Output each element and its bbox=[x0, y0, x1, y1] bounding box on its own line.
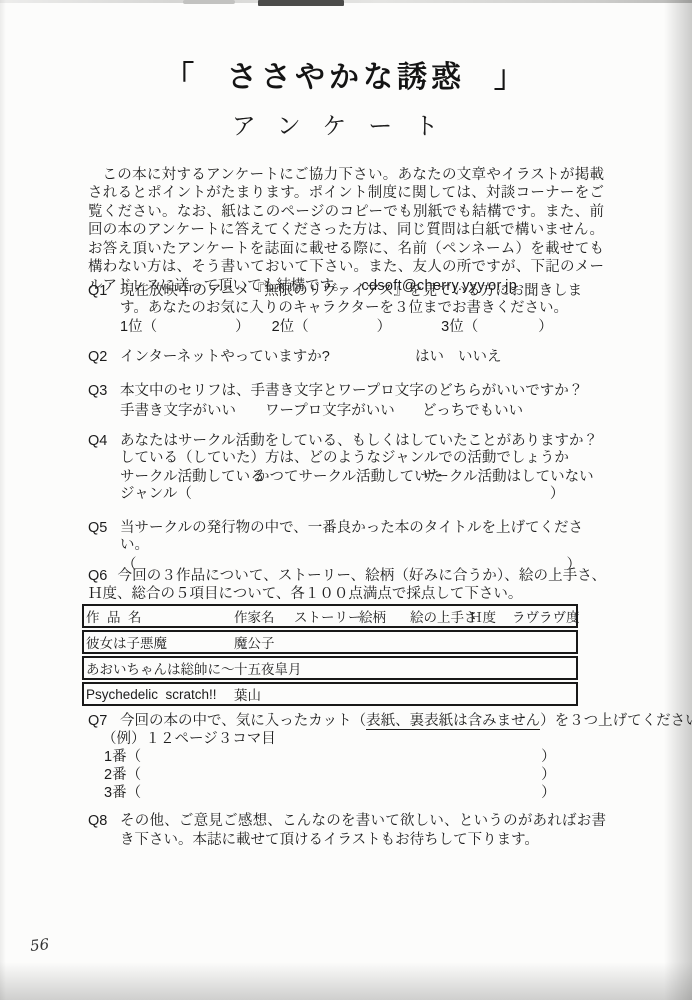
q7-slot3-close: ） bbox=[541, 785, 556, 801]
question-q3: Q3 本文中のセリフは、手書き文字とワープロ文字のどちらがいいですか？ 手書き文… bbox=[88, 383, 606, 420]
q4-option-active: サークル活動している bbox=[120, 469, 255, 486]
q4-genre-close: ） bbox=[550, 486, 565, 502]
col-header-skill: 絵の上手さ bbox=[410, 606, 469, 626]
table-row: Psychedelic scratch!! 葉山 bbox=[82, 682, 578, 706]
scan-black-bar bbox=[258, 0, 344, 6]
scan-smudge bbox=[183, 0, 235, 4]
q2-text: インターネットやっていますか? bbox=[120, 349, 330, 365]
col-header-artstyle: 絵柄 bbox=[359, 606, 410, 626]
q7-slot1-line: 1番（） bbox=[104, 748, 692, 766]
work-title: あおいちゃんは総帥に～ bbox=[84, 658, 234, 678]
q4-genre-open: ジャンル（ bbox=[120, 486, 192, 502]
q6-text: 今回の３作品について、ストーリー、絵柄（好みに合うか）、絵の上手さ、Ｈ度、総合の… bbox=[88, 568, 606, 602]
table-header-row: 作 品 名 作家名 ストーリー 絵柄 絵の上手さ Ｈ度 ラヴラヴ度 bbox=[82, 604, 578, 628]
q1-label: Q1 bbox=[88, 283, 120, 336]
work-title: Psychedelic scratch!! bbox=[84, 687, 234, 702]
q1-rank2-close: ） bbox=[377, 319, 392, 335]
doc-subtitle: アンケート bbox=[0, 106, 692, 141]
q5-label: Q5 bbox=[88, 520, 120, 574]
scanned-questionnaire-page: 「 ささやかな誘惑 」 アンケート この本に対するアンケートにご協力下さい。あな… bbox=[0, 0, 692, 1000]
q3-option-handwritten: 手書き文字がいい bbox=[120, 403, 265, 420]
q7-text-post: ）を３つ上げてください。 bbox=[540, 713, 692, 729]
q3-options-line: 手書き文字がいいワープロ文字がいいどっちでもいい bbox=[120, 403, 606, 420]
intro-text: この本に対するアンケートにご協力下さい。あなたの文章やイラストが掲載されるとポイ… bbox=[88, 167, 604, 295]
work-author: 葉山 bbox=[234, 684, 576, 704]
q3-option-either: どっちでもいい bbox=[422, 403, 523, 419]
q7-slot2-close: ） bbox=[541, 767, 556, 783]
q1-rank3-open: 3位（ bbox=[441, 319, 478, 335]
q7-text-line: 今回の本の中で、気に入ったカット（表紙、裏表紙は含みません）を３つ上げてください… bbox=[120, 712, 692, 730]
q7-slot2-open: 2番（ bbox=[104, 767, 141, 783]
col-header-lovelove: ラヴラヴ度 bbox=[512, 606, 574, 626]
q8-text: その他、ご意見ご感想、こんなのを書いて欲しい、というのがあればお書き下さい。本誌… bbox=[120, 812, 606, 850]
q7-slot1-open: 1番（ bbox=[104, 749, 141, 765]
q1-answer-line: 1位（）2位（）3位（） bbox=[120, 319, 606, 336]
work-author: 十五夜皐月 bbox=[234, 658, 576, 678]
q1-rank1-close: ） bbox=[235, 319, 250, 335]
q4-text: あなたはサークル活動をしている、もしくはしていたことがありますか？ している（し… bbox=[120, 433, 606, 467]
q7-text-underlined: 表紙、裏表紙は含みません bbox=[366, 713, 540, 730]
question-q6: Q6今回の３作品について、ストーリー、絵柄（好みに合うか）、絵の上手さ、Ｈ度、総… bbox=[88, 568, 606, 603]
q3-label: Q3 bbox=[88, 383, 120, 420]
work-title: 彼女は子悪魔 bbox=[84, 632, 234, 652]
question-q2: Q2 インターネットやっていますか? はい いいえ bbox=[88, 349, 606, 366]
rating-table: 作 品 名 作家名 ストーリー 絵柄 絵の上手さ Ｈ度 ラヴラヴ度 彼女は子悪魔… bbox=[82, 604, 578, 708]
q4-label: Q4 bbox=[88, 433, 120, 503]
question-q5: Q5 当サークルの発行物の中で、一番良かった本のタイトルを上げてください。 （） bbox=[88, 520, 606, 574]
intro-paragraph: この本に対するアンケートにご協力下さい。あなたの文章やイラストが掲載されるとポイ… bbox=[88, 166, 604, 296]
col-header-h-level: Ｈ度 bbox=[469, 606, 512, 626]
page-number: 56 bbox=[29, 935, 50, 955]
q2-option-yes: はい bbox=[415, 349, 444, 366]
question-q4: Q4 あなたはサークル活動をしている、もしくはしていたことがありますか？ してい… bbox=[88, 433, 606, 503]
q4-genre-line: ジャンル（） bbox=[120, 486, 606, 503]
col-header-work-title: 作 品 名 bbox=[84, 606, 234, 626]
q1-text: 現在放映中のアニメ『無限のリヴァイアス』を見ている方にお聞きします。あなたのお気… bbox=[120, 283, 606, 317]
work-author: 魔公子 bbox=[234, 632, 576, 652]
col-header-story: ストーリー bbox=[294, 606, 359, 626]
q4-options-line: サークル活動しているかつてサークル活動していたサークル活動はしていない bbox=[120, 469, 606, 486]
question-q8: Q8 その他、ご意見ご感想、こんなのを書いて欲しい、というのがあればお書き下さい… bbox=[88, 812, 606, 850]
q3-option-wordprocessor: ワープロ文字がいい bbox=[265, 403, 422, 420]
question-q1: Q1 現在放映中のアニメ『無限のリヴァイアス』を見ている方にお聞きします。あなた… bbox=[88, 283, 606, 336]
q7-slot2-line: 2番（） bbox=[104, 766, 692, 784]
q1-rank2-open: 2位（ bbox=[272, 319, 309, 335]
q2-option-no: いいえ bbox=[458, 349, 502, 366]
q7-slot1-close: ） bbox=[541, 749, 556, 765]
q3-text: 本文中のセリフは、手書き文字とワープロ文字のどちらがいいですか？ bbox=[120, 383, 606, 400]
table-row: あおいちゃんは総帥に～ 十五夜皐月 bbox=[82, 656, 578, 680]
q8-label: Q8 bbox=[88, 812, 120, 850]
q4-option-never: サークル活動はしていない bbox=[420, 469, 594, 485]
question-q7: Q7 今回の本の中で、気に入ったカット（表紙、裏表紙は含みません）を３つ上げてく… bbox=[88, 712, 606, 802]
q6-label: Q6 bbox=[88, 568, 107, 584]
q5-text: 当サークルの発行物の中で、一番良かった本のタイトルを上げてください。 bbox=[120, 520, 606, 554]
scan-bottom-shadow bbox=[0, 962, 692, 1000]
q7-slot3-line: 3番（） bbox=[104, 784, 692, 802]
scan-right-shadow bbox=[664, 0, 692, 1000]
q7-example: （例）１２ページ３コマ目 bbox=[102, 730, 692, 748]
doc-title: 「 ささやかな誘惑 」 bbox=[0, 52, 692, 96]
col-header-author: 作家名 bbox=[234, 606, 294, 626]
q2-label: Q2 bbox=[88, 349, 120, 366]
scan-left-shadow bbox=[0, 0, 6, 1000]
q1-rank1-open: 1位（ bbox=[120, 319, 157, 335]
table-row: 彼女は子悪魔 魔公子 bbox=[82, 630, 578, 654]
q7-slot3-open: 3番（ bbox=[104, 785, 141, 801]
q7-text-pre: 今回の本の中で、気に入ったカット（ bbox=[120, 713, 366, 729]
q2-line: インターネットやっていますか? はい いいえ bbox=[120, 349, 606, 366]
q4-option-former: かつてサークル活動していた bbox=[255, 469, 420, 486]
q1-rank3-close: ） bbox=[538, 319, 553, 335]
scan-top-edge bbox=[0, 0, 692, 3]
